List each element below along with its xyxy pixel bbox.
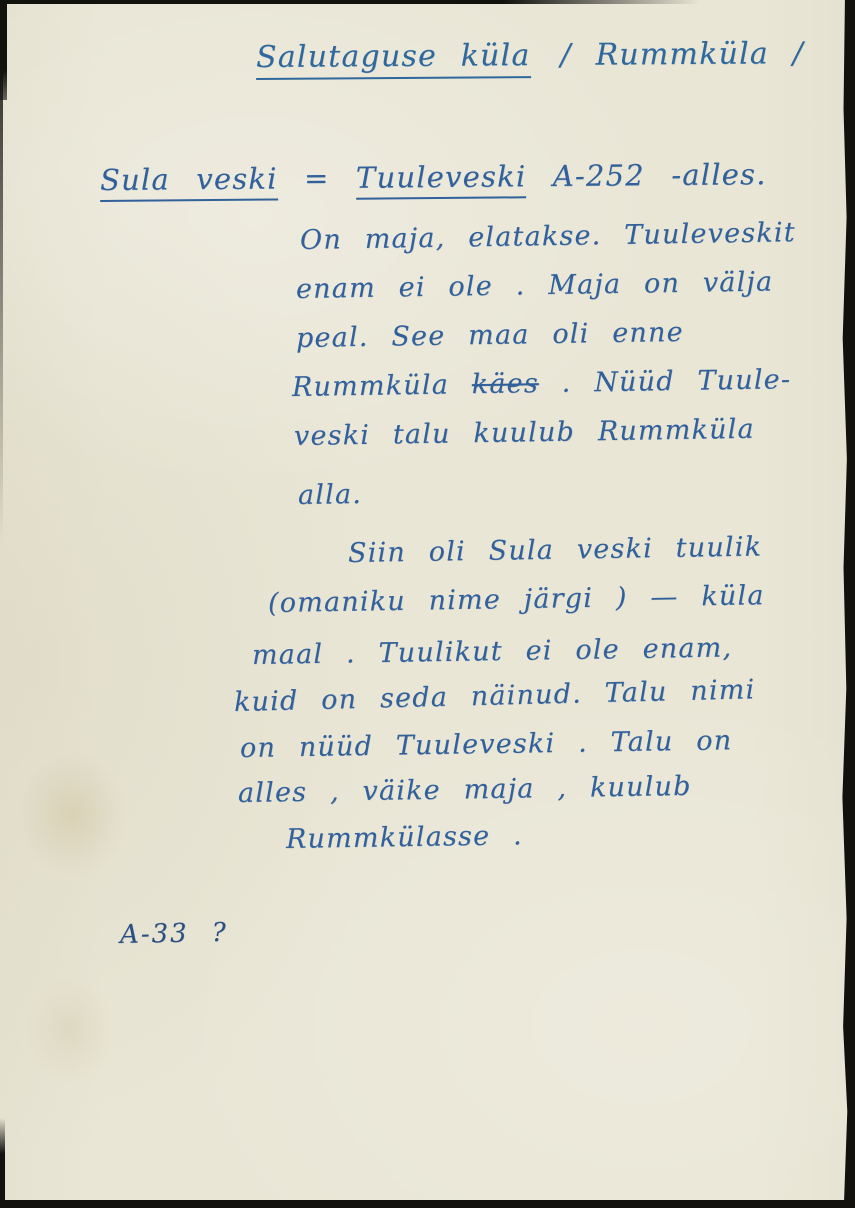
line-text: veski talu kuulub Rummküla xyxy=(294,414,755,452)
handwritten-line: Siin oli Sula veski tuulik xyxy=(348,531,763,569)
paper-stain xyxy=(18,750,128,880)
scan-edge-bottom xyxy=(0,1200,855,1208)
line-text: A-252 -alles. xyxy=(526,157,767,193)
line-text: = xyxy=(277,161,356,196)
line-text: enam ei ole . Maja on välja xyxy=(296,267,774,305)
margin-note: A-33 ? xyxy=(120,918,228,950)
handwritten-line: alla. xyxy=(298,479,363,511)
scan-edge-top xyxy=(0,0,700,4)
line-text: alla. xyxy=(298,479,363,511)
line-text: (omaniku nime järgi ) — küla xyxy=(268,580,765,619)
handwritten-line: enam ei ole . Maja on välja xyxy=(296,267,774,305)
handwritten-line: (omaniku nime järgi ) — küla xyxy=(268,580,765,619)
scan-edge-left-bottom xyxy=(0,1118,5,1208)
handwritten-line: alles , väike maja , kuulub xyxy=(238,771,692,809)
handwritten-line: Rummküla käes . Nüüd Tuule- xyxy=(292,364,792,403)
note-text: A-33 ? xyxy=(120,918,228,950)
line-text: Rummkülasse . xyxy=(286,820,523,855)
scanned-page: Salutaguse küla/ Rummküla / Sula veski =… xyxy=(0,0,855,1208)
line-text: Siin oli Sula veski tuulik xyxy=(348,531,763,569)
crossed-out-word: käes xyxy=(472,368,540,400)
line-text: Rummküla xyxy=(292,369,472,403)
handwritten-line: maal . Tuulikut ei ole enam, xyxy=(252,632,733,671)
farm-name-alt: Tuuleveski xyxy=(356,159,527,199)
paper-stain xyxy=(25,975,115,1085)
line-text: peal. See maa oli enne xyxy=(296,317,684,354)
line-text: on nüüd Tuuleveski . Talu on xyxy=(240,725,733,764)
line-text: kuid on seda näinud. Talu nimi xyxy=(234,674,756,718)
line-text: On maja, elatakse. Tuuleveskit xyxy=(300,217,796,256)
handwritten-line: veski talu kuulub Rummküla xyxy=(294,414,755,452)
line-text: maal . Tuulikut ei ole enam, xyxy=(252,632,733,671)
handwritten-line: peal. See maa oli enne xyxy=(296,317,684,354)
title-village-name: Salutaguse küla xyxy=(256,38,531,80)
handwritten-line: On maja, elatakse. Tuuleveskit xyxy=(300,217,796,256)
scan-edge-left xyxy=(0,60,3,540)
page-title: Salutaguse küla/ Rummküla / xyxy=(256,36,804,75)
line-text: . Nüüd Tuule- xyxy=(539,364,792,399)
farm-name: Sula veski xyxy=(100,161,278,202)
handwritten-line: on nüüd Tuuleveski . Talu on xyxy=(240,725,733,764)
handwritten-line: Sula veski = Tuuleveski A-252 -alles. xyxy=(100,157,767,197)
title-alt-name: / Rummküla / xyxy=(560,36,804,73)
handwritten-line: kuid on seda näinud. Talu nimi xyxy=(234,674,756,718)
line-text: alles , väike maja , kuulub xyxy=(238,771,692,809)
scan-edge-right xyxy=(841,0,855,1208)
handwritten-line: Rummkülasse . xyxy=(286,820,523,855)
